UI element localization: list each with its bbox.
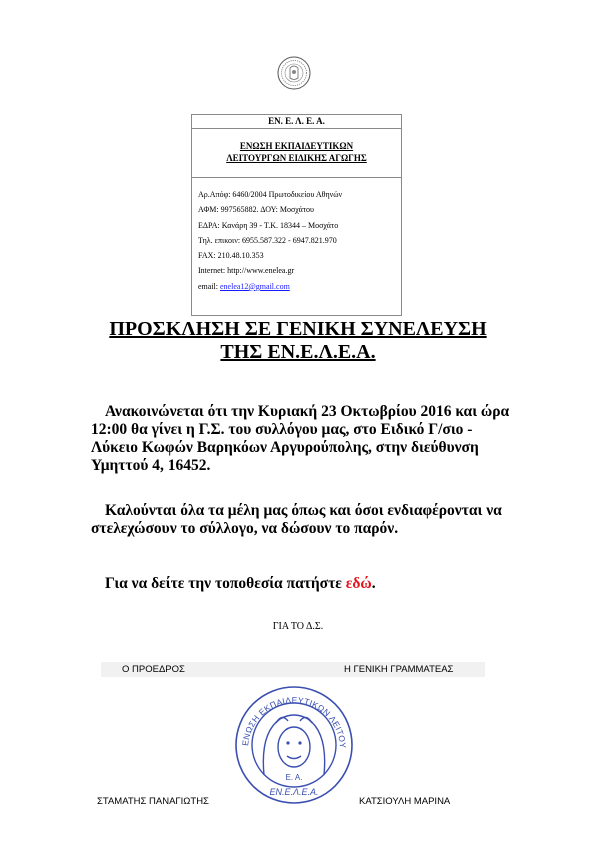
address: ΕΔΡΑ: Κανάρη 39 - Τ.Κ. 18344 – Μοσχάτο bbox=[198, 218, 401, 233]
email-link[interactable]: enelea12@gmail.com bbox=[220, 282, 290, 291]
website: Internet: http://www.enelea.gr bbox=[198, 263, 401, 278]
president-role: Ο ΠΡΟΕΔΡΟΣ bbox=[122, 662, 185, 677]
location-paragraph: Για να δείτε την τοποθεσία πατήστε εδώ. bbox=[91, 575, 511, 593]
email-row: email: enelea12@gmail.com bbox=[198, 279, 401, 294]
org-abbreviation: ΕΝ. Ε. Λ. Ε. Α. bbox=[192, 115, 401, 129]
secretary-role: Η ΓΕΝΙΚΗ ΓΡΑΜΜΑΤΕΑΣ bbox=[344, 662, 453, 677]
for-board-label: ΓΙΑ ΤΟ Δ.Σ. bbox=[0, 621, 596, 632]
page-title: ΠΡΟΣΚΛΗΣΗ ΣΕ ΓΕΝΙΚΗ ΣΥΝΕΛΕΥΣΗ ΤΗΣ ΕΝ.Ε.Λ… bbox=[0, 318, 596, 364]
secretary-name: ΚΑΤΣΙΟΥΛΗ ΜΑΡΙΝΑ bbox=[359, 796, 450, 807]
announcement-paragraph: Ανακοινώνεται ότι την Κυριακή 23 Οκτωβρί… bbox=[91, 403, 511, 475]
registration-number: Αρ.Απόφ: 6460/2004 Πρωτοδικείου Αθηνών bbox=[198, 187, 401, 202]
association-stamp-icon: ΕΝΩΣΗ ΕΚΠΑΙΔΕΥΤΙΚΩΝ ΛΕΙΤΟΥΡΓΩΝ ΕΙΔΙΚΗΣ Α… bbox=[230, 683, 358, 807]
org-details: Αρ.Απόφ: 6460/2004 Πρωτοδικείου Αθηνών Α… bbox=[192, 178, 401, 294]
org-full-name: ΕΝΩΣΗ ΕΚΠΑΙΔΕΥΤΙΚΩΝ ΛΕΙΤΟΥΡΓΩΝ ΕΙΔΙΚΗΣ Α… bbox=[192, 129, 401, 178]
fax: FAX: 210.48.10.353 bbox=[198, 248, 401, 263]
invitation-paragraph: Καλούνται όλα τα μέλη μας όπως και όσοι … bbox=[91, 502, 511, 538]
location-link[interactable]: εδώ bbox=[346, 575, 372, 592]
greek-seal-icon bbox=[277, 56, 311, 90]
svg-text:Ε. Α.: Ε. Α. bbox=[286, 773, 303, 782]
svg-text:ΕΝ.Ε.Λ.Ε.Α.: ΕΝ.Ε.Λ.Ε.Α. bbox=[269, 787, 318, 797]
president-name: ΣΤΑΜΑΤΗΣ ΠΑΝΑΓΙΩΤΗΣ bbox=[97, 796, 209, 807]
organization-info-box: ΕΝ. Ε. Λ. Ε. Α. ΕΝΩΣΗ ΕΚΠΑΙΔΕΥΤΙΚΩΝ ΛΕΙΤ… bbox=[191, 114, 402, 316]
signature-roles: Ο ΠΡΟΕΔΡΟΣ Η ΓΕΝΙΚΗ ΓΡΑΜΜΑΤΕΑΣ bbox=[101, 662, 485, 677]
tax-id: ΑΦΜ: 997565882. ΔΟΥ: Μοσχάτου bbox=[198, 202, 401, 217]
phone: Τηλ. επικοιν: 6955.587.322 - 6947.821.97… bbox=[198, 233, 401, 248]
